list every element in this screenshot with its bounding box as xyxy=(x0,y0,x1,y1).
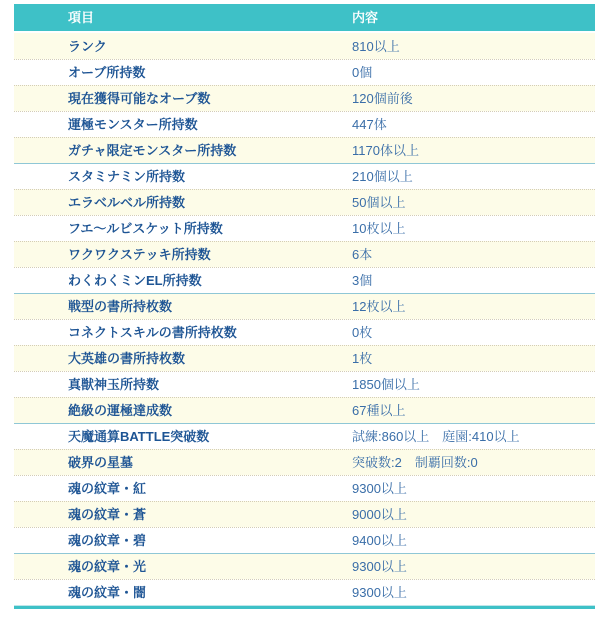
item-cell: 魂の紋章・光 xyxy=(14,560,352,573)
value-cell: 50個以上 xyxy=(352,196,595,209)
table-row: スタミナミン所持数 210個以上 xyxy=(14,163,595,189)
value-cell: 10枚以上 xyxy=(352,222,595,235)
value-cell: 3個 xyxy=(352,274,595,287)
item-cell: 魂の紋章・紅 xyxy=(14,482,352,495)
value-cell: 1枚 xyxy=(352,352,595,365)
table-bottom-border xyxy=(14,605,595,609)
table-row: 魂の紋章・蒼 9000以上 xyxy=(14,501,595,527)
spec-table: 項目 内容 ランク 810以上 オーブ所持数 0個 現在獲得可能なオーブ数 12… xyxy=(14,4,595,609)
item-cell: エラベルベル所持数 xyxy=(14,196,352,209)
table-row: 絶級の運極達成数 67種以上 xyxy=(14,397,595,423)
item-cell: 現在獲得可能なオーブ数 xyxy=(14,92,352,105)
table-header-row: 項目 内容 xyxy=(14,4,595,33)
value-cell: 120個前後 xyxy=(352,92,595,105)
value-cell: 1170体以上 xyxy=(352,144,595,157)
table-row: フエ〜ルビスケット所持数 10枚以上 xyxy=(14,215,595,241)
item-cell: 魂の紋章・蒼 xyxy=(14,508,352,521)
value-cell: 突破数:2 制覇回数:0 xyxy=(352,456,595,469)
table-row: ワクワクステッキ所持数 6本 xyxy=(14,241,595,267)
item-cell: わくわくミンEL所持数 xyxy=(14,274,352,287)
table-row: 運極モンスター所持数 447体 xyxy=(14,111,595,137)
item-cell: 運極モンスター所持数 xyxy=(14,118,352,131)
table-row: コネクトスキルの書所持枚数 0枚 xyxy=(14,319,595,345)
item-cell: 魂の紋章・碧 xyxy=(14,534,352,547)
table-row: オーブ所持数 0個 xyxy=(14,59,595,85)
value-cell: 0枚 xyxy=(352,326,595,339)
value-cell: 210個以上 xyxy=(352,170,595,183)
value-cell: 9300以上 xyxy=(352,586,595,599)
value-cell: 12枚以上 xyxy=(352,300,595,313)
value-cell: 9000以上 xyxy=(352,508,595,521)
table-row: ガチャ限定モンスター所持数 1170体以上 xyxy=(14,137,595,163)
table-row: 魂の紋章・光 9300以上 xyxy=(14,553,595,579)
table-row: 戦型の書所持枚数 12枚以上 xyxy=(14,293,595,319)
value-cell: 6本 xyxy=(352,248,595,261)
item-cell: 絶級の運極達成数 xyxy=(14,404,352,417)
table-row: 大英雄の書所持枚数 1枚 xyxy=(14,345,595,371)
table-body: ランク 810以上 オーブ所持数 0個 現在獲得可能なオーブ数 120個前後 運… xyxy=(14,33,595,605)
value-cell: 9400以上 xyxy=(352,534,595,547)
item-cell: 戦型の書所持枚数 xyxy=(14,300,352,313)
value-cell: 9300以上 xyxy=(352,482,595,495)
item-cell: ランク xyxy=(14,40,352,53)
table-row: エラベルベル所持数 50個以上 xyxy=(14,189,595,215)
table-row: 魂の紋章・紅 9300以上 xyxy=(14,475,595,501)
table-row: 破界の星墓 突破数:2 制覇回数:0 xyxy=(14,449,595,475)
table-row: 魂の紋章・碧 9400以上 xyxy=(14,527,595,553)
item-cell: スタミナミン所持数 xyxy=(14,170,352,183)
value-cell: 447体 xyxy=(352,118,595,131)
column-header-item: 項目 xyxy=(14,11,352,24)
item-cell: 大英雄の書所持枚数 xyxy=(14,352,352,365)
table-row: わくわくミンEL所持数 3個 xyxy=(14,267,595,293)
item-cell: フエ〜ルビスケット所持数 xyxy=(14,222,352,235)
table-row: 現在獲得可能なオーブ数 120個前後 xyxy=(14,85,595,111)
table-row: 天魔通算BATTLE突破数 試練:860以上 庭園:410以上 xyxy=(14,423,595,449)
value-cell: 0個 xyxy=(352,66,595,79)
item-cell: 魂の紋章・闇 xyxy=(14,586,352,599)
item-cell: 破界の星墓 xyxy=(14,456,352,469)
item-cell: オーブ所持数 xyxy=(14,66,352,79)
item-cell: 真獣神玉所持数 xyxy=(14,378,352,391)
value-cell: 試練:860以上 庭園:410以上 xyxy=(352,430,595,443)
item-cell: ガチャ限定モンスター所持数 xyxy=(14,144,352,157)
column-header-value: 内容 xyxy=(352,11,595,24)
value-cell: 810以上 xyxy=(352,40,595,53)
table-row: ランク 810以上 xyxy=(14,33,595,59)
item-cell: ワクワクステッキ所持数 xyxy=(14,248,352,261)
item-cell: コネクトスキルの書所持枚数 xyxy=(14,326,352,339)
table-row: 魂の紋章・闇 9300以上 xyxy=(14,579,595,605)
value-cell: 67種以上 xyxy=(352,404,595,417)
value-cell: 1850個以上 xyxy=(352,378,595,391)
table-row: 真獣神玉所持数 1850個以上 xyxy=(14,371,595,397)
item-cell: 天魔通算BATTLE突破数 xyxy=(14,430,352,443)
value-cell: 9300以上 xyxy=(352,560,595,573)
